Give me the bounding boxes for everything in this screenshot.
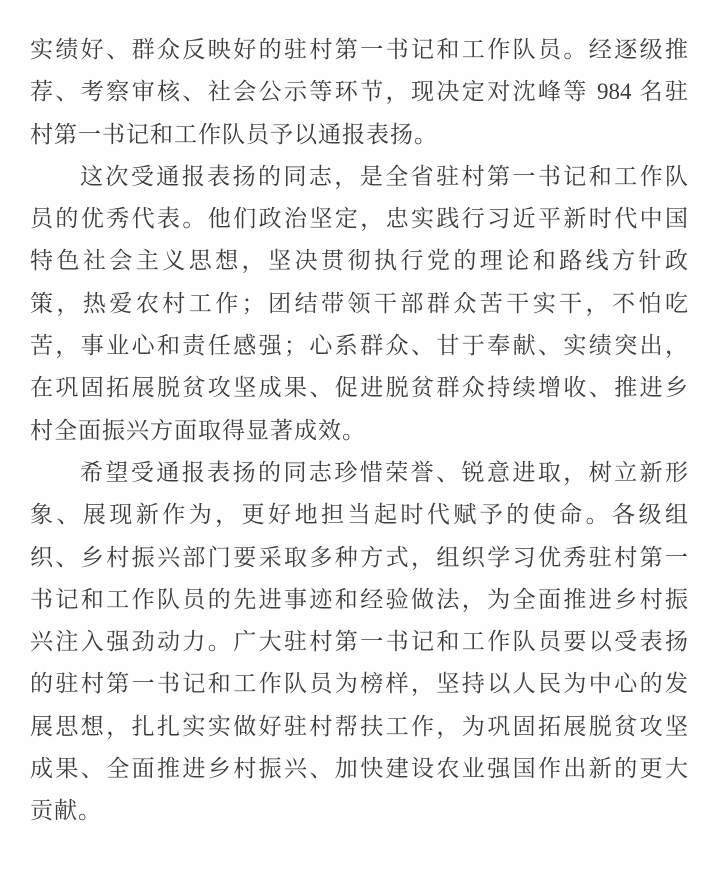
text-line: 村第一书记和工作队员予以通报表扬。	[30, 114, 688, 156]
text-line: 实绩好、群众反映好的驻村第一书记和工作队员。经逐级推	[30, 29, 688, 71]
text-line: 展思想，扎扎实实做好驻村帮扶工作，为巩固拓展脱贫攻坚	[30, 706, 688, 748]
text-line: 在巩固拓展脱贫攻坚成果、促进脱贫群众持续增收、推进乡	[30, 367, 688, 409]
text-line: 贡献。	[30, 790, 688, 832]
text-line: 书记和工作队员的先进事迹和经验做法，为全面推进乡村振	[30, 579, 688, 621]
text-line: 苦，事业心和责任感强；心系群众、甘于奉献、实绩突出，	[30, 325, 688, 367]
text-line: 象、展现新作为，更好地担当起时代赋予的使命。各级组	[30, 494, 688, 536]
text-line: 希望受通报表扬的同志珍惜荣誉、锐意进取，树立新形	[30, 452, 688, 494]
text-line: 策，热爱农村工作；团结带领干部群众苦干实干，不怕吃	[30, 283, 688, 325]
text-line: 这次受通报表扬的同志，是全省驻村第一书记和工作队	[30, 156, 688, 198]
text-line: 特色社会主义思想，坚决贯彻执行党的理论和路线方针政	[30, 240, 688, 282]
text-line: 织、乡村振兴部门要采取多种方式，组织学习优秀驻村第一	[30, 537, 688, 579]
text-line: 员的优秀代表。他们政治坚定，忠实践行习近平新时代中国	[30, 198, 688, 240]
text-line: 荐、考察审核、社会公示等环节，现决定对沈峰等 984 名驻	[30, 71, 688, 113]
text-line: 的驻村第一书记和工作队员为榜样，坚持以人民为中心的发	[30, 663, 688, 705]
text-line: 兴注入强劲动力。广大驻村第一书记和工作队员要以受表扬	[30, 621, 688, 663]
document-text: 实绩好、群众反映好的驻村第一书记和工作队员。经逐级推荐、考察审核、社会公示等环节…	[0, 0, 720, 833]
document-page: 实绩好、群众反映好的驻村第一书记和工作队员。经逐级推荐、考察审核、社会公示等环节…	[0, 0, 720, 882]
text-line: 村全面振兴方面取得显著成效。	[30, 410, 688, 452]
text-line: 成果、全面推进乡村振兴、加快建设农业强国作出新的更大	[30, 748, 688, 790]
